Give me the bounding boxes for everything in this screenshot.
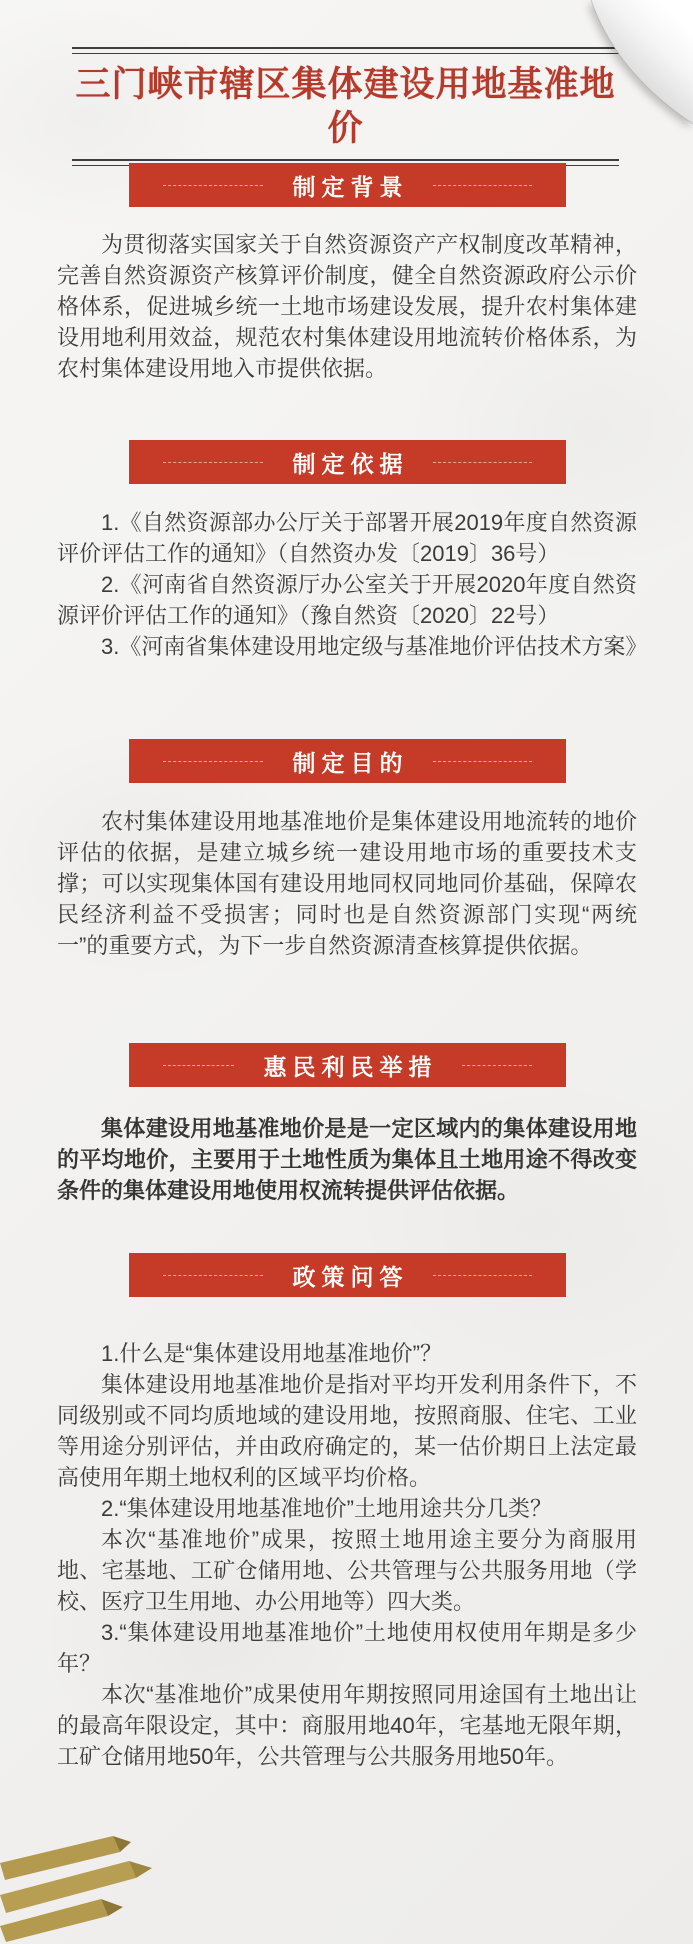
basis-list: 1.《自然资源部办公厅关于部署开展2019年度自然资源评价评估工作的通知》（自然…: [57, 507, 637, 662]
title-rule-top: [72, 47, 619, 54]
basis-item: 2.《河南省自然资源厅办公室关于开展2020年度自然资源评价评估工作的通知》（豫…: [57, 569, 637, 631]
qa-answer: 本次“基准地价”成果，按照土地用途主要分为商服用地、宅基地、工矿仓储用地、公共管…: [57, 1524, 637, 1617]
purpose-paragraph-block: 农村集体建设用地基准地价是集体建设用地流转的地价评估的依据，是建立城乡统一建设用…: [57, 806, 637, 961]
policy-qa-block: 1.什么是“集体建设用地基准地价”？ 集体建设用地基准地价是指对平均开发利用条件…: [57, 1338, 637, 1772]
banner-line-right-icon: [462, 1065, 533, 1066]
qa-question: 1.什么是“集体建设用地基准地价”？: [57, 1338, 637, 1369]
banner-line-right-icon: [433, 761, 533, 762]
page-title: 三门峡市辖区集体建设用地基准地价: [72, 63, 619, 151]
background-paragraph-block: 为贯彻落实国家关于自然资源资产产权制度改革精神，完善自然资源资产核算评价制度，健…: [57, 229, 637, 384]
banner-line-right-icon: [433, 1275, 533, 1276]
paragraph: 集体建设用地基准地价是是一定区域内的集体建设用地的平均地价，主要用于土地性质为集…: [57, 1113, 637, 1206]
banner-line-right-icon: [433, 185, 533, 186]
section-header-policy-qa: 政策问答: [129, 1253, 566, 1297]
section-header-background: 制定背景: [129, 163, 566, 207]
section-heading-label: 制定依据: [287, 446, 409, 479]
benefit-paragraph-block: 集体建设用地基准地价是是一定区域内的集体建设用地的平均地价，主要用于土地性质为集…: [57, 1113, 637, 1206]
section-heading-label: 政策问答: [287, 1259, 409, 1292]
paragraph: 为贯彻落实国家关于自然资源资产产权制度改革精神，完善自然资源资产核算评价制度，健…: [57, 229, 637, 384]
banner-line-left-icon: [163, 1065, 234, 1066]
banner-line-left-icon: [163, 761, 263, 762]
qa-question: 2.“集体建设用地基准地价”土地用途共分几类？: [57, 1493, 637, 1524]
banner-line-left-icon: [163, 462, 263, 463]
banner-line-left-icon: [163, 1275, 263, 1276]
curl-fold: [591, 0, 693, 124]
ribbon-icon: [0, 1833, 170, 1943]
banner-line-left-icon: [163, 185, 263, 186]
section-header-benefit: 惠民利民举措: [129, 1043, 566, 1087]
qa-question: 3.“集体建设用地基准地价”土地使用权使用年期是多少年？: [57, 1617, 637, 1679]
paragraph: 农村集体建设用地基准地价是集体建设用地流转的地价评估的依据，是建立城乡统一建设用…: [57, 806, 637, 961]
section-heading-label: 制定目的: [287, 745, 409, 778]
banner-line-right-icon: [433, 462, 533, 463]
section-heading-label: 惠民利民举措: [258, 1049, 438, 1082]
poster-page: 三门峡市辖区集体建设用地基准地价 制定背景 为贯彻落实国家关于自然资源资产产权制…: [0, 0, 693, 1944]
qa-answer: 集体建设用地基准地价是指对平均开发利用条件下，不同级别或不同均质地域的建设用地，…: [57, 1369, 637, 1493]
section-header-basis: 制定依据: [129, 440, 566, 484]
section-header-purpose: 制定目的: [129, 739, 566, 783]
basis-item: 1.《自然资源部办公厅关于部署开展2019年度自然资源评价评估工作的通知》（自然…: [57, 507, 637, 569]
section-heading-label: 制定背景: [287, 169, 409, 202]
title-block: 三门峡市辖区集体建设用地基准地价: [72, 47, 619, 166]
basis-item: 3.《河南省集体建设用地定级与基准地价评估技术方案》: [57, 631, 637, 662]
qa-answer: 本次“基准地价”成果使用年期按照同用途国有土地出让的最高年限设定，其中：商服用地…: [57, 1679, 637, 1772]
page-curl-icon: [541, 0, 693, 136]
